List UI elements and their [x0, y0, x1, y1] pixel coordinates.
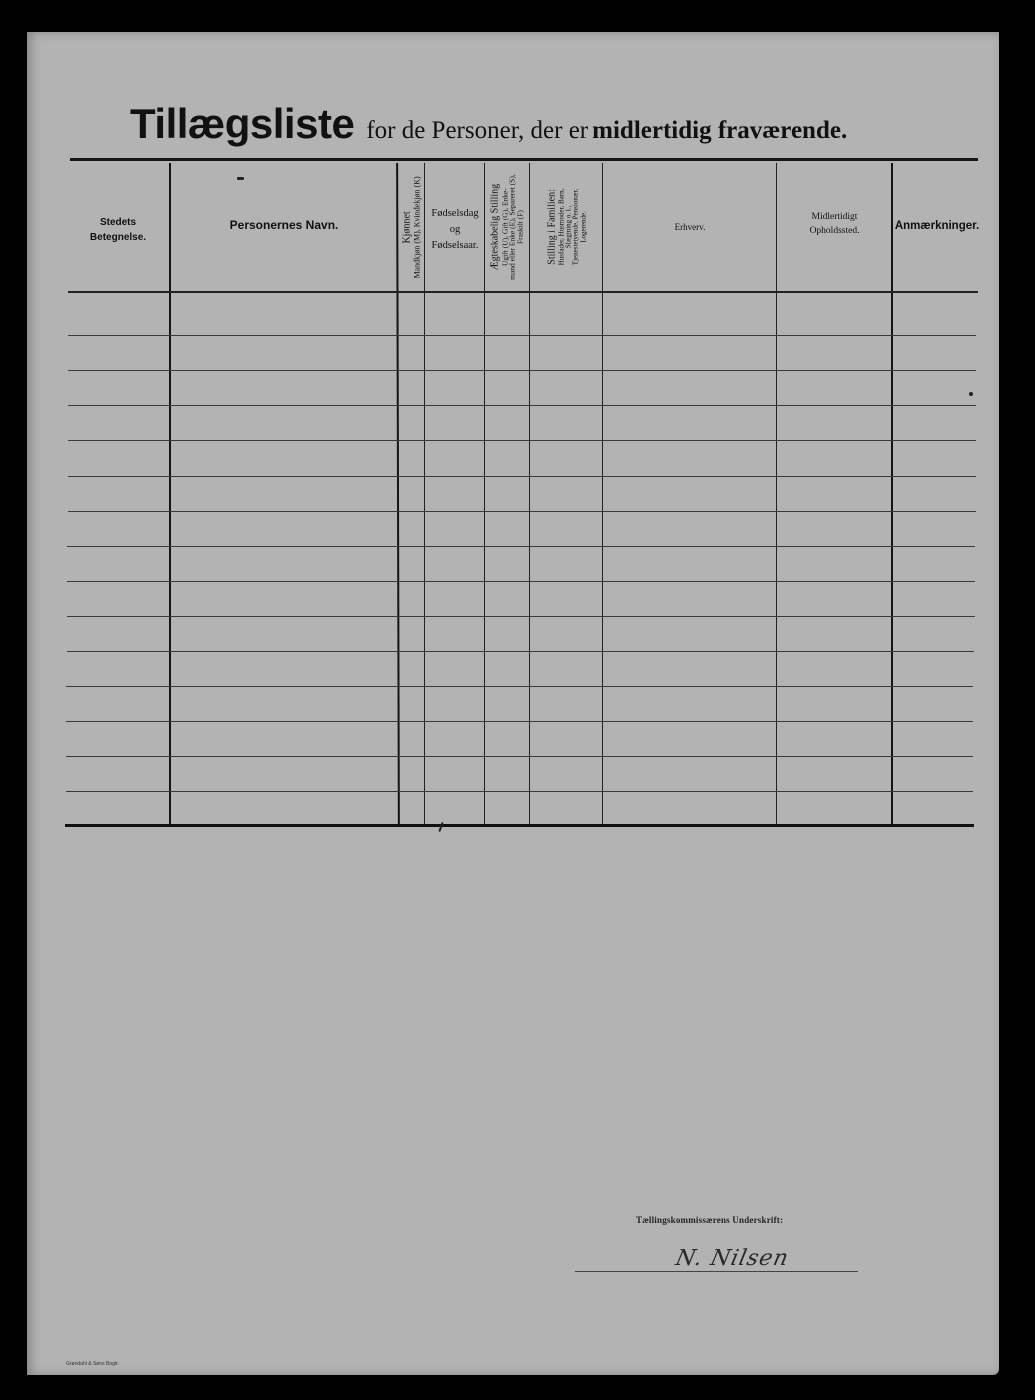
ink-mark	[969, 392, 973, 396]
title-subtitle-bold: midlertidig fraværende.	[592, 117, 847, 144]
row-line	[68, 511, 976, 512]
row-line	[68, 440, 976, 441]
row-line	[67, 546, 975, 547]
form-title: Tillægsliste for de Personer, der er mid…	[130, 100, 930, 150]
top-rule	[70, 158, 978, 161]
header-kjonnet: Kjønnet Mandkjøn (M), Kvindekjøn (K)	[399, 163, 425, 291]
header-text-line: Stilling i Familien:	[546, 189, 557, 265]
header-erhverv: Erhverv.	[604, 215, 776, 239]
header-aegteskabelig-stilling: Ægteskabelig Stilling Ugift (U), Gift (G…	[485, 163, 530, 291]
column-divider	[169, 163, 171, 825]
header-text-line: Ægteskabelig Stilling	[489, 184, 500, 270]
header-text-line: Mandkjøn (M), Kvindekjøn (K)	[412, 176, 421, 278]
header-stilling-i-familien: Stilling i Familien: Husfader, Husmoder,…	[531, 163, 603, 291]
table-bottom-rule	[65, 824, 974, 827]
row-line	[68, 476, 976, 477]
row-line	[68, 370, 976, 371]
column-divider	[602, 163, 603, 825]
ink-mark	[237, 177, 244, 180]
header-text-line: Betegnelse.	[90, 230, 146, 245]
header-text-line: Kjønnet	[402, 211, 413, 243]
title-main: Tillægsliste	[130, 100, 354, 147]
title-subtitle-regular: for de Personer, der er	[366, 117, 588, 144]
header-rule	[68, 291, 978, 293]
row-line	[66, 721, 973, 722]
row-line	[68, 405, 976, 406]
header-personernes-navn: Personernes Navn.	[170, 205, 398, 245]
row-line	[67, 581, 975, 582]
header-text-line: Fødselsdag	[431, 206, 478, 222]
row-line	[67, 616, 975, 617]
signature-handwriting: N. Nilsen	[673, 1246, 791, 1271]
header-text: Personernes Navn.	[230, 218, 339, 232]
header-text-line: Stedets	[100, 215, 136, 230]
row-line	[66, 791, 973, 792]
column-divider	[776, 163, 777, 825]
row-line	[66, 686, 973, 687]
header-text-line: og	[450, 222, 461, 238]
signature-label: Tællingskommissærens Underskrift:	[636, 1215, 783, 1225]
header-fodselsdag: Fødselsdag og Fødselsaar.	[426, 195, 484, 265]
header-text-line: Midlertidigt	[812, 211, 858, 225]
header-anmaerkninger: Anmærkninger.	[893, 212, 981, 240]
header-text-line: Fraskilt (F)	[516, 210, 525, 244]
column-divider	[529, 163, 530, 825]
row-line	[68, 335, 976, 336]
header-text-line: Fødselsaar.	[432, 238, 479, 254]
header-midlertidigt-opholdssted: Midlertidigt Opholdssted.	[777, 205, 892, 245]
header-text-line: Opholdssted.	[810, 225, 860, 239]
printer-mark: Grøndahl & Søns Bogtr.	[66, 1361, 119, 1367]
row-line	[67, 651, 974, 652]
column-divider	[891, 163, 893, 825]
column-divider	[484, 163, 485, 825]
header-text-line: Logerende.	[579, 211, 587, 243]
row-line	[66, 756, 973, 757]
header-text: Erhverv.	[675, 222, 706, 232]
signature-line	[575, 1271, 858, 1272]
header-text: Anmærkninger.	[895, 220, 979, 232]
column-divider	[424, 163, 425, 825]
header-stedets-betegnelse: Stedets Betegnelse.	[70, 200, 166, 260]
